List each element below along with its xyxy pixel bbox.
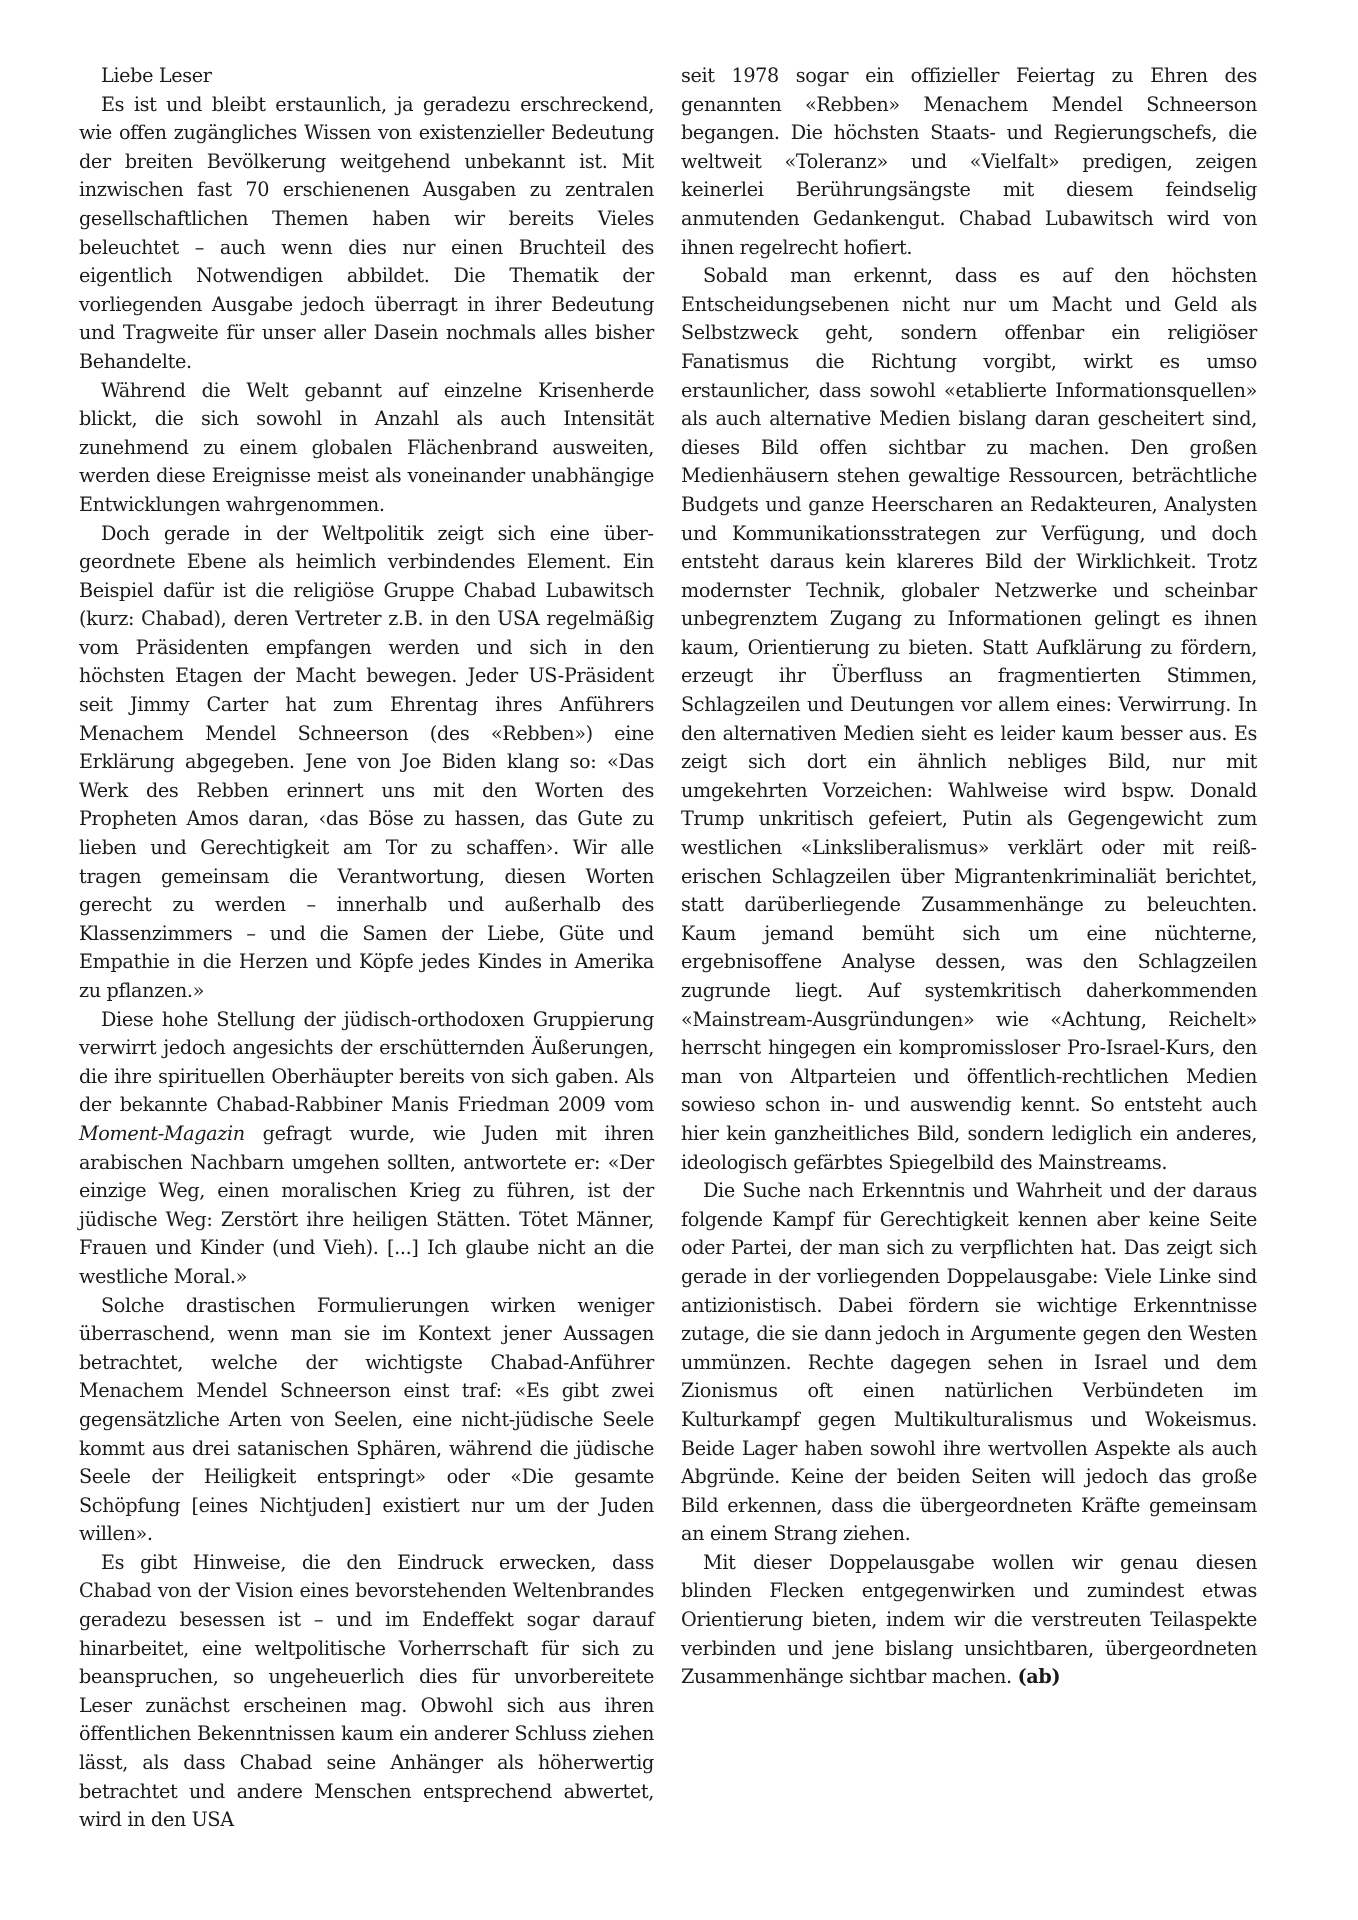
- paragraph-chabad-politics: Doch gerade in der Weltpolitik zeigt sic…: [79, 520, 654, 1006]
- paragraph-world-fire: Es gibt Hinweise, die den Eindruck erwec…: [79, 1549, 654, 1835]
- paragraph-continued: seit 1978 sogar ein offizieller Feiertag…: [681, 62, 1257, 262]
- paragraph-schneerson-quote: Solche drastischen Formulierungen wirken…: [79, 1292, 654, 1549]
- paragraph-text: gefragt wurde, wie Juden mit ihren arabi…: [79, 1122, 654, 1288]
- editorial-page: Liebe Leser Es ist und bleibt erstaunlic…: [79, 62, 1257, 1882]
- paragraph-text: Diese hohe Stellung der jüdisch-orthodo­…: [79, 1008, 654, 1117]
- paragraph-left-right: Die Suche nach Erkenntnis und Wahrheit u…: [681, 1177, 1257, 1549]
- magazine-title: Moment-Magazin: [79, 1122, 245, 1145]
- paragraph-world-crises: Während die Welt gebannt auf einzelne Kr…: [79, 377, 654, 520]
- left-column: Liebe Leser Es ist und bleibt erstaunlic…: [79, 62, 654, 1882]
- paragraph-intro: Es ist und bleibt erstaunlich, ja gerade…: [79, 91, 654, 377]
- paragraph-friedman-quote: Diese hohe Stellung der jüdisch-orthodo­…: [79, 1006, 654, 1292]
- paragraph-closing: Mit dieser Doppelausgabe wollen wir gena…: [681, 1549, 1257, 1692]
- paragraph-media-critique: Sobald man erkennt, dass es auf den höch…: [681, 262, 1257, 1177]
- author-signature: (ab): [1018, 1665, 1061, 1688]
- right-column: seit 1978 sogar ein offizieller Feiertag…: [681, 62, 1257, 1882]
- paragraph-text: Mit dieser Doppelausgabe wollen wir gena…: [681, 1551, 1257, 1688]
- salutation: Liebe Leser: [79, 62, 654, 91]
